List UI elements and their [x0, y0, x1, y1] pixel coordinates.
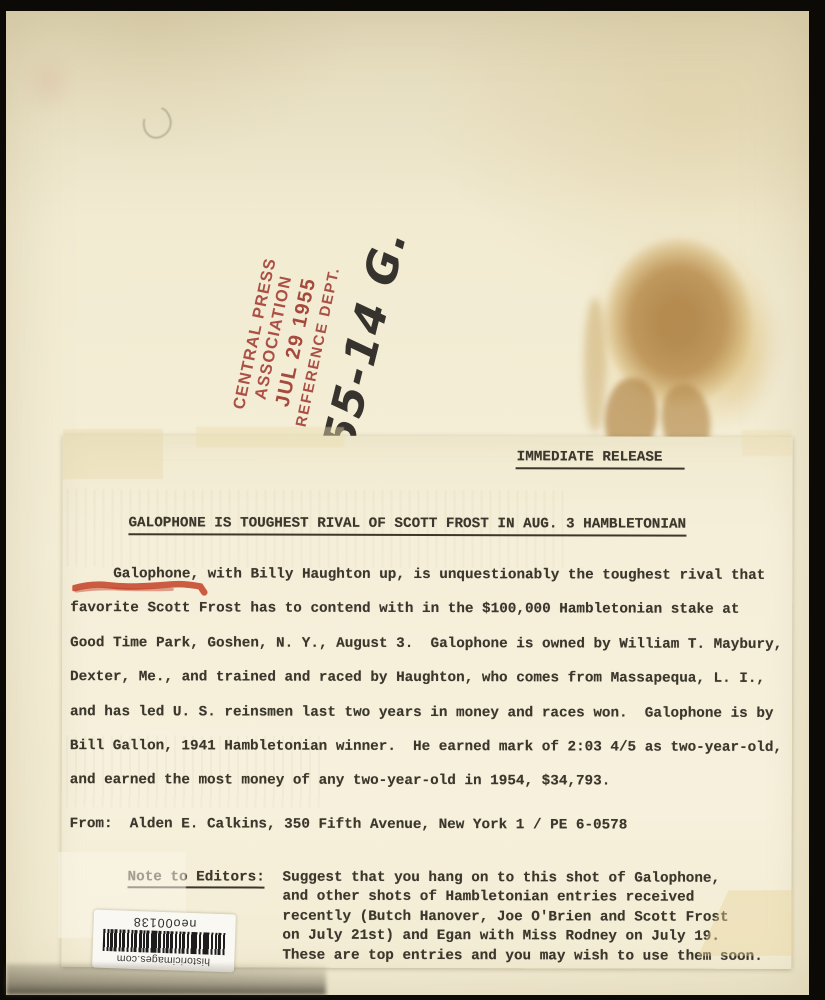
from-contact-line: From: Alden E. Calkins, 350 Fifth Avenue… [70, 816, 628, 833]
note-line: and other shots of Hambletonian entries … [282, 889, 763, 910]
note-line: on July 21st) and Egan with Miss Rodney … [282, 928, 763, 949]
body-line: and earned the most money of any two-yea… [70, 772, 782, 808]
note-line: These are top entries and you may wish t… [282, 947, 763, 968]
tape-remnant [63, 429, 163, 479]
body-line: Good Time Park, Goshen, N. Y., August 3.… [70, 635, 782, 671]
body-line: Dexter, Me., and trained and raced by Ha… [70, 669, 782, 705]
tape-remnant [742, 430, 792, 456]
pink-smudge [12, 40, 86, 124]
body-line: and has led U. S. reinsmen last two year… [70, 704, 782, 740]
note-to-editors-text: Suggest that you hang on to this shot of… [282, 870, 763, 968]
corner-shadow [6, 964, 326, 995]
photo-verso-scan: CENTRAL PRESS ASSOCIATION JUL 29 1955 RE… [0, 0, 825, 1000]
note-line: Suggest that you hang on to this shot of… [283, 870, 764, 891]
headline: GALOPHONE IS TOUGHEST RIVAL OF SCOTT FRO… [128, 515, 686, 536]
immediate-release-tag: IMMEDIATE RELEASE [516, 449, 685, 469]
red-underline-mark [72, 579, 208, 597]
body-paragraph: Galophone, with Billy Haughton up, is un… [70, 566, 783, 809]
body-line: Bill Gallon, 1941 Hambletonian winner. H… [70, 738, 782, 774]
body-line: favorite Scott Frost has to contend with… [70, 600, 782, 636]
tape-remnant [196, 427, 344, 447]
barcode-icon [103, 929, 226, 955]
note-line: recently (Butch Hanover, Joe O'Brien and… [282, 908, 763, 929]
